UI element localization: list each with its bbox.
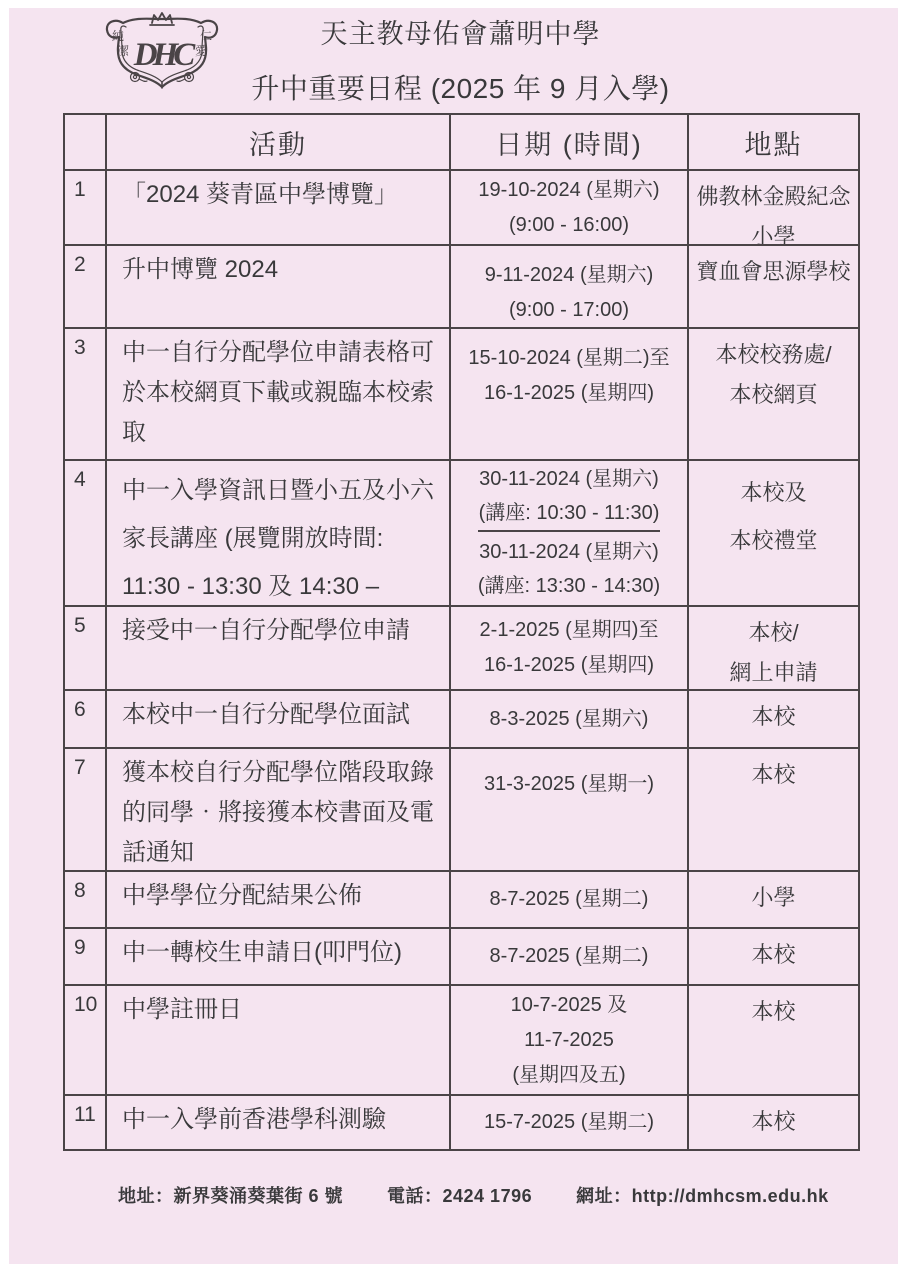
cell-date: 8-7-2025 (星期二) (449, 927, 687, 984)
cell-activity: 中一轉校生申請日(叩門位) (105, 927, 449, 984)
cell-activity: 中學學位分配結果公佈 (105, 870, 449, 927)
cell-date: 2-1-2025 (星期四)至 16-1-2025 (星期四) (449, 605, 687, 689)
cell-activity: 本校中一自行分配學位面試 (105, 689, 449, 747)
row-number: 1 (65, 169, 105, 244)
table-header-location: 地點 (687, 115, 858, 169)
cell-location: 本校 (687, 747, 858, 870)
crest-monogram: DHC (133, 37, 197, 73)
cell-activity: 中一入學資訊日暨小五及小六 家長講座 (展覽開放時間: 11:30 - 13:3… (105, 459, 449, 605)
cell-location: 本校校務處/ 本校網頁 (687, 327, 858, 459)
crest-motto-right-top: 仁 (200, 29, 212, 43)
cell-location: 本校及 本校禮堂 (687, 459, 858, 605)
footer-phone: 電話：2424 1796 (387, 1182, 532, 1208)
row-number: 4 (65, 459, 105, 605)
row-number: 3 (65, 327, 105, 459)
cell-date: 8-7-2025 (星期二) (449, 870, 687, 927)
cell-date: 9-11-2024 (星期六) (9:00 - 17:00) (449, 244, 687, 327)
cell-activity: 中一自行分配學位申請表格可 於本校網頁下載或親臨本校索 取 (105, 327, 449, 459)
schedule-table: 活動 日期 (時間) 地點 1 「2024 葵青區中學博覽」 19-10-202… (63, 113, 860, 1151)
cell-location: 本校 (687, 1094, 858, 1149)
row-number: 2 (65, 244, 105, 327)
school-crest-icon: 純 潔 仁 愛 DHC (99, 12, 225, 92)
cell-location: 本校 (687, 984, 858, 1094)
scanned-document-page: 純 潔 仁 愛 DHC 天主教母佑會蕭明中學 升中重要日程 (2025 年 9 … (0, 0, 905, 1280)
date-session: 30-11-2024 (星期六) (講座: 10:30 - 11:30) (479, 461, 660, 530)
cell-date: 8-3-2025 (星期六) (449, 689, 687, 747)
cell-location: 本校 (687, 927, 858, 984)
document-title: 升中重要日程 (2025 年 9 月入學) (238, 67, 683, 107)
cell-activity: 「2024 葵青區中學博覽」 (105, 169, 449, 244)
contact-footer: 地址：新界葵涌葵葉街 6 號 電話：2424 1796 網址：http://dm… (118, 1182, 829, 1208)
cell-location: 本校/ 網上申請 (687, 605, 858, 689)
row-number: 11 (65, 1094, 105, 1149)
cell-date: 10-7-2025 及 11-7-2025 (星期四及五) (449, 984, 687, 1094)
crest-motto-right-bottom: 愛 (195, 44, 207, 58)
school-logo: 純 潔 仁 愛 DHC (99, 12, 225, 92)
cell-location: 寶血會思源學校 (687, 244, 858, 327)
footer-website: 網址：http://dmhcsm.edu.hk (576, 1182, 829, 1208)
row-number: 5 (65, 605, 105, 689)
document-header: 天主教母佑會蕭明中學 升中重要日程 (2025 年 9 月入學) (238, 12, 683, 107)
cell-activity: 中一入學前香港學科測驗 (105, 1094, 449, 1149)
cell-location: 佛教林金殿紀念 小學 (687, 169, 858, 244)
row-number: 8 (65, 870, 105, 927)
row-number: 6 (65, 689, 105, 747)
crest-motto-left-top: 純 (112, 28, 124, 43)
cell-date: 15-10-2024 (星期二)至 16-1-2025 (星期四) (449, 327, 687, 459)
crest-motto-left-bottom: 潔 (117, 43, 129, 58)
cell-date: 31-3-2025 (星期一) (449, 747, 687, 870)
cell-location: 小學 (687, 870, 858, 927)
row-number: 10 (65, 984, 105, 1094)
row-number: 9 (65, 927, 105, 984)
table-header-activity: 活動 (105, 115, 449, 169)
cell-date: 30-11-2024 (星期六) (講座: 10:30 - 11:30) 30-… (449, 459, 687, 605)
cell-location: 本校 (687, 689, 858, 747)
school-name: 天主教母佑會蕭明中學 (238, 12, 683, 51)
cell-date: 15-7-2025 (星期二) (449, 1094, 687, 1149)
table-header-date: 日期 (時間) (449, 115, 687, 169)
cell-activity: 獲本校自行分配學位階段取錄 的同學‧將接獲本校書面及電 話通知 (105, 747, 449, 870)
cell-activity: 中學註冊日 (105, 984, 449, 1094)
row-number: 7 (65, 747, 105, 870)
cell-date: 19-10-2024 (星期六) (9:00 - 16:00) (449, 169, 687, 244)
cell-activity: 升中博覽 2024 (105, 244, 449, 327)
footer-address: 地址：新界葵涌葵葉街 6 號 (118, 1182, 343, 1208)
cell-activity: 接受中一自行分配學位申請 (105, 605, 449, 689)
table-header-number (65, 115, 105, 169)
date-session: 30-11-2024 (星期六) (講座: 13:30 - 14:30) (478, 530, 660, 605)
